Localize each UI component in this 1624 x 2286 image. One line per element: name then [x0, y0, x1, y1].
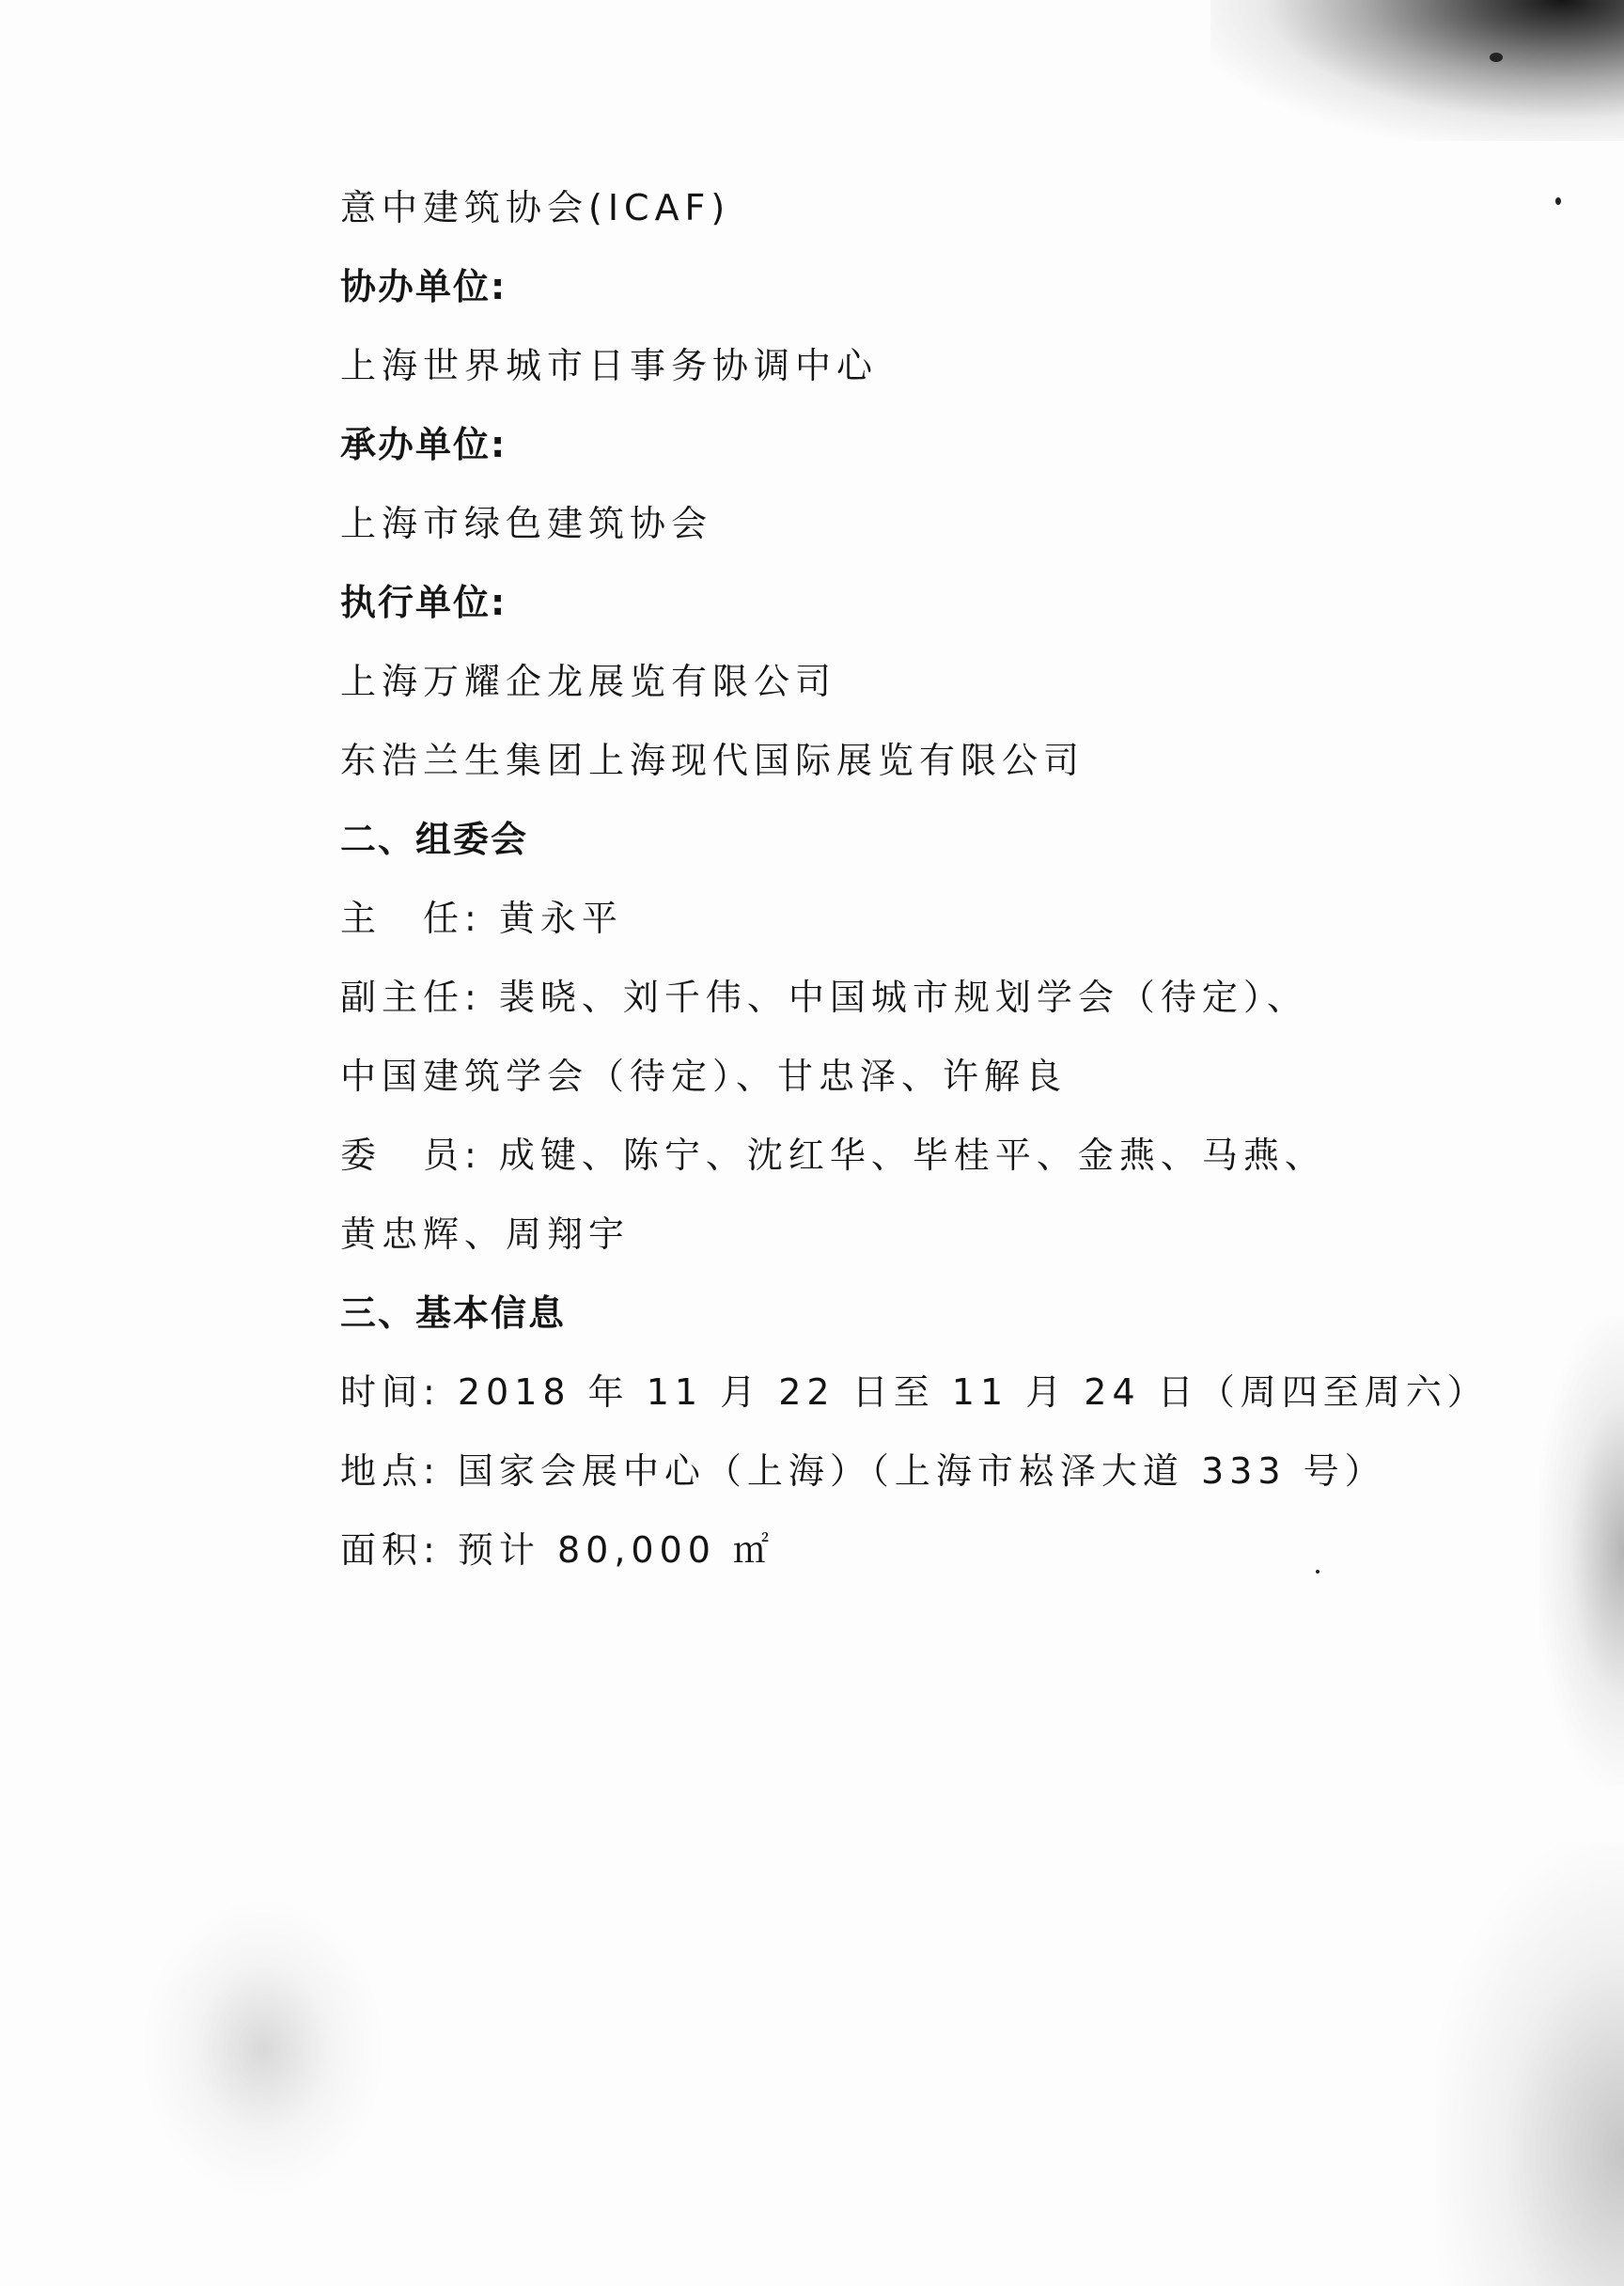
co-organizer-name: 上海世界城市日事务协调中心 — [340, 342, 1468, 421]
scan-shadow-right — [1539, 1316, 1624, 1786]
executive-unit-1: 上海万耀企龙展览有限公司 — [340, 658, 1468, 737]
section-heading-basic-info: 三、基本信息 — [340, 1290, 1468, 1369]
committee-director: 主 任: 黄永平 — [340, 895, 1468, 974]
heading-co-organizer: 协办单位: — [340, 263, 1468, 342]
info-location: 地点: 国家会展中心（上海）（上海市崧泽大道 333 号） — [340, 1448, 1468, 1527]
scan-speck — [1555, 197, 1561, 205]
section-heading-committee: 二、组委会 — [340, 816, 1468, 895]
committee-members-cont: 黄忠辉、周翔宇 — [340, 1211, 1468, 1290]
organizer-icaf: 意中建筑协会(ICAF) — [340, 184, 1468, 263]
scan-shadow-bottom-left — [141, 1899, 385, 2200]
document-body: 意中建筑协会(ICAF) 协办单位: 上海世界城市日事务协调中心 承办单位: 上… — [340, 184, 1468, 1605]
executive-unit-2: 东浩兰生集团上海现代国际展览有限公司 — [340, 737, 1468, 816]
scan-shadow-bottom-right — [1436, 1842, 1624, 2286]
committee-deputy-directors-cont: 中国建筑学会（待定）、甘忠泽、许解良 — [340, 1053, 1468, 1132]
scan-shadow-top-right — [1210, 0, 1624, 141]
scan-speck — [1490, 53, 1503, 62]
heading-executive-unit: 执行单位: — [340, 579, 1468, 658]
host-unit-name: 上海市绿色建筑协会 — [340, 500, 1468, 579]
info-area: 面积: 预计 80,000 ㎡ — [340, 1527, 1468, 1605]
committee-members: 委 员: 成键、陈宁、沈红华、毕桂平、金燕、马燕、 — [340, 1132, 1468, 1211]
scanned-page: 意中建筑协会(ICAF) 协办单位: 上海世界城市日事务协调中心 承办单位: 上… — [0, 0, 1624, 2286]
committee-deputy-directors: 副主任: 裴晓、刘千伟、中国城市规划学会（待定）、 — [340, 974, 1468, 1053]
heading-host-unit: 承办单位: — [340, 421, 1468, 500]
info-time: 时间: 2018 年 11 月 22 日至 11 月 24 日（周四至周六） — [340, 1369, 1468, 1448]
